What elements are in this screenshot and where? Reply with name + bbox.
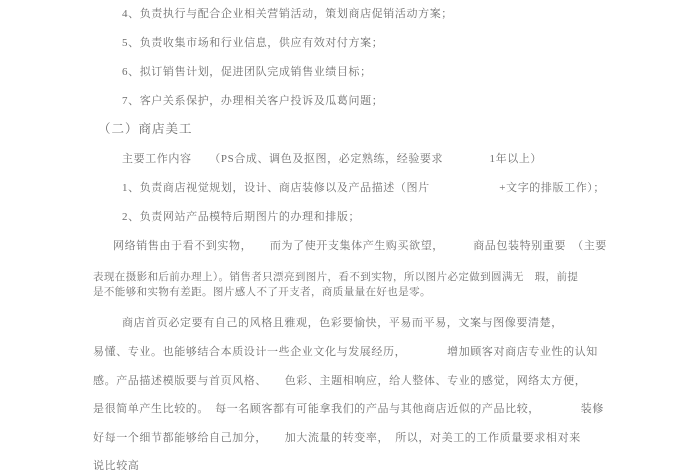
document-line: 是很简单产生比较的。 每一名顾客都有可能拿我们的产品与其他商店近似的产品比较， … (93, 402, 604, 416)
document-line: 商店首页必定要有自己的风格且雅观，色彩要愉快，平易而平易，文案与图像要清楚， (122, 316, 563, 330)
document-line: 5、负责收集市场和行业信息，供应有效对付方案； (122, 36, 383, 50)
document-line: 是不能够和实物有差距。图片感人不了开支者，商质量量在好也是零。 (93, 286, 431, 299)
document-line: 4、负责执行与配合企业相关营销活动，策划商店促销活动方案； (122, 7, 453, 21)
document-line: 1、负责商店视觉规划，设计、商店装修以及产品描述（图片 +文字的排版工作）； (122, 181, 605, 195)
section-heading: （二）商店美工 (98, 122, 193, 136)
document-line: 易懂、专业。也能够结合本质设计一些企业文化与发展经历， 增加顾客对商店专业性的认… (93, 345, 598, 359)
document-line: 主要工作内容 （PS合成、调色及抠图，必定熟练，经验要求 1年以上） (122, 152, 542, 166)
document-line: 2、负责网站产品模特后期图片的办理和排版； (122, 210, 360, 224)
document-line: 网络销售由于看不到实物， 而为了使开支集体产生购买欲望， 商品包装特别重要 （主… (113, 239, 607, 253)
document-line: 感。产品描述模版要与首页风格、 色彩、主题相响应，给人整体、专业的感觉，网络太方… (93, 374, 586, 388)
document-line: 表现在摄影和后前办理上）。销售者只漂亮到图片，看不到实物，所以图片必定做到圆满无… (93, 271, 578, 284)
document-line: 7、客户关系保护，办理相关客户投诉及瓜葛问题； (122, 94, 383, 108)
document-page: 4、负责执行与配合企业相关营销活动，策划商店促销活动方案； 5、负责收集市场和行… (0, 0, 700, 470)
document-line: 好每一个细节都能够给自己加分， 加大流量的转变率， 所以，对美工的工作质量要求相… (93, 431, 581, 445)
document-line: 说比较高 (93, 459, 139, 470)
document-line: 6、拟订销售计划，促进团队完成销售业绩目标； (122, 65, 372, 79)
